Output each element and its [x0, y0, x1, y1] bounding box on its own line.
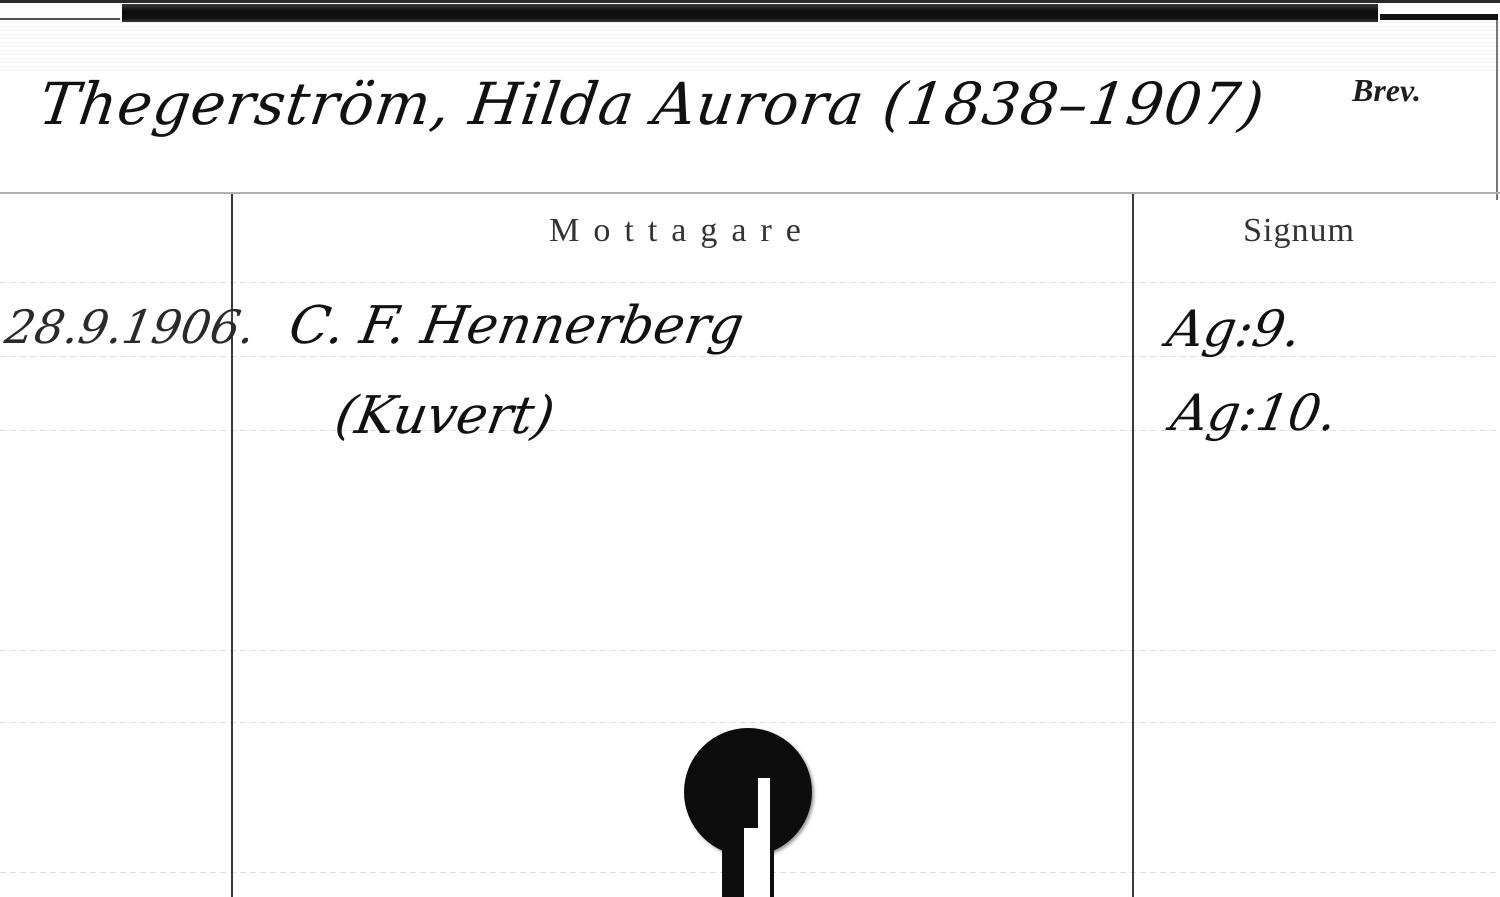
punch-slit [758, 778, 770, 897]
column-divider-right [1132, 194, 1134, 897]
card-title: Thegerström, Hilda Aurora (1838–1907) [35, 70, 1269, 138]
ruling-line [0, 722, 1500, 723]
entry-recipient-note: (Kuvert) [331, 386, 559, 446]
entry-date: 28.9.1906. [1, 300, 259, 354]
document-type-label: Brev. [1352, 72, 1421, 109]
scanner-bar [122, 4, 1378, 22]
card-right-edge [1496, 20, 1498, 200]
header-divider [0, 192, 1500, 194]
scanner-edge-left [0, 4, 120, 20]
recipient-column-header: Mottagare [232, 212, 1132, 250]
signum-column-header: Signum [1134, 212, 1464, 250]
entry-signum: Ag:10. [1167, 384, 1342, 442]
keyhole-punch-icon [684, 728, 814, 897]
scanner-edge-right [1380, 4, 1498, 20]
scanner-edge [0, 0, 1500, 3]
index-card: Thegerström, Hilda Aurora (1838–1907) Br… [0, 0, 1500, 897]
scan-noise-band [0, 22, 1500, 72]
ruling-line [0, 650, 1500, 651]
ruling-line [0, 282, 1500, 283]
entry-recipient: C. F. Hennerberg [285, 296, 749, 356]
punch-slit [744, 828, 758, 897]
entry-signum: Ag:9. [1163, 300, 1306, 358]
